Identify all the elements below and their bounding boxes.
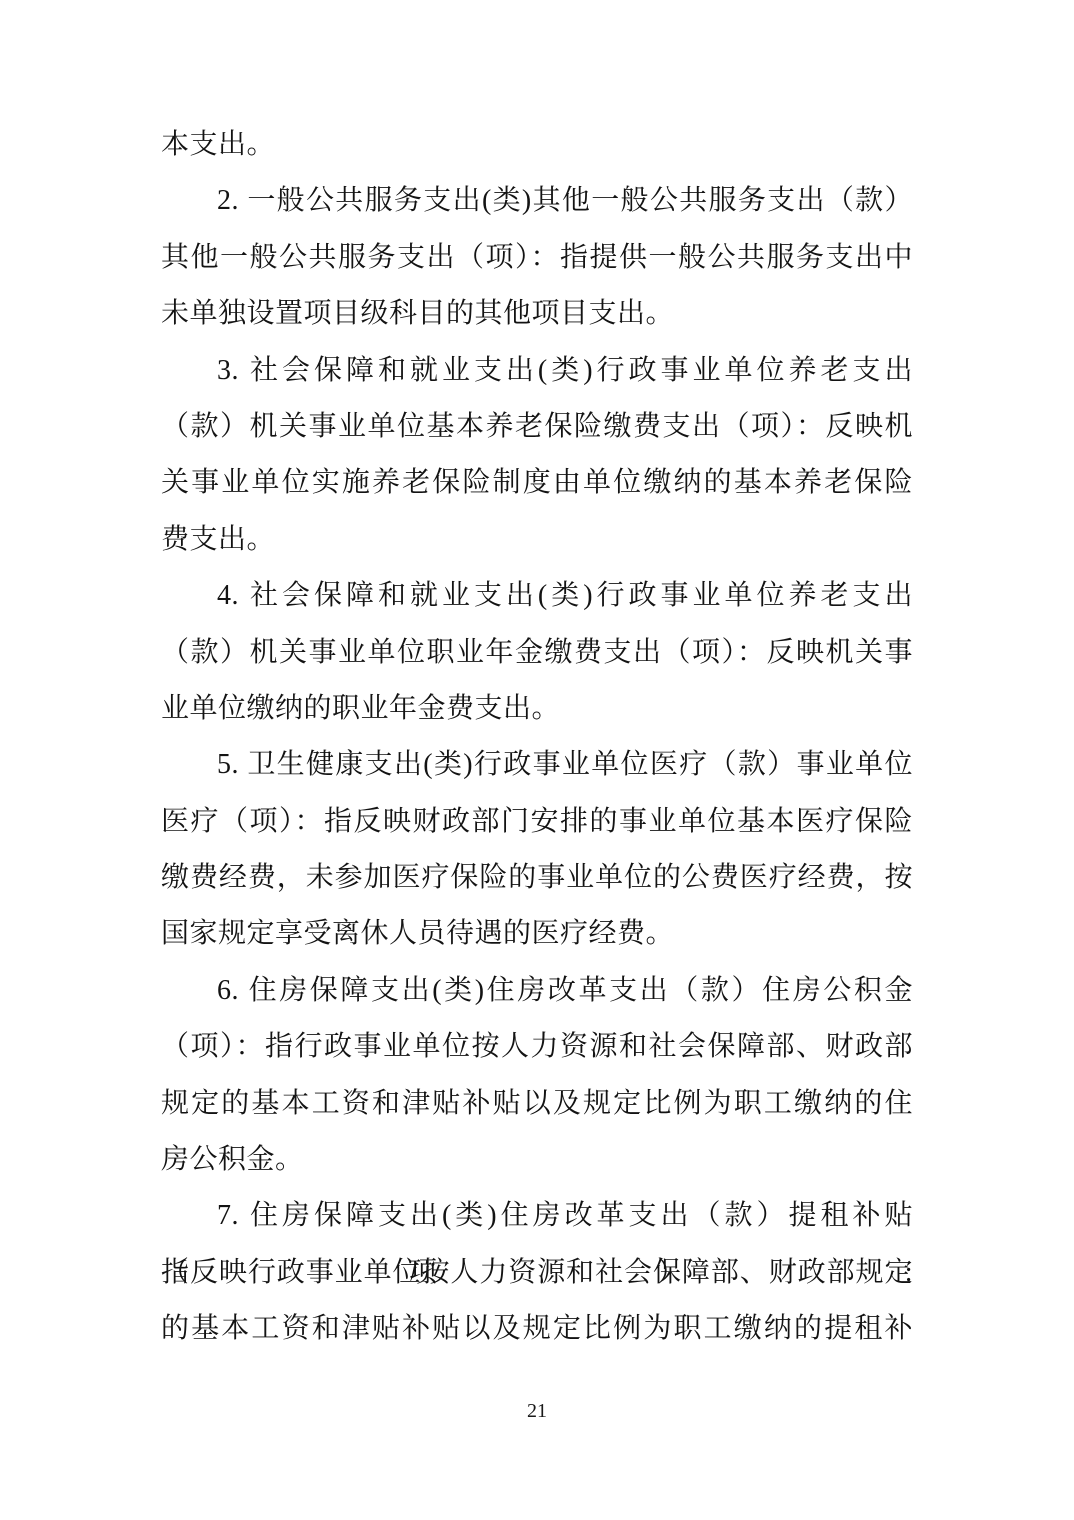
- text-line: 5. 卫生健康支出(类)行政事业单位医疗（款）事业单位: [161, 737, 913, 793]
- text-line: 缴费经费，未参加医疗保险的事业单位的公费医疗经费，按: [161, 850, 913, 906]
- text-line: 医疗（项）：指反映财政部门安排的事业单位基本医疗保险: [161, 794, 913, 850]
- text-line: （款）机关事业单位基本养老保险缴费支出（项）：反映机: [161, 399, 913, 455]
- text-line: 指反映行政事业单位按人力资源和社会保障部、财政部规定: [161, 1245, 913, 1301]
- text-line: 业单位缴纳的职业年金费支出。: [161, 681, 913, 737]
- text-line: （款）机关事业单位职业年金缴费支出（项）：反映机关事: [161, 625, 913, 681]
- text-line: 其他一般公共服务支出（项）：指提供一般公共服务支出中: [161, 230, 913, 286]
- text-line: 4. 社会保障和就业支出(类)行政事业单位养老支出: [161, 568, 913, 624]
- text-line: 本支出。: [161, 117, 913, 173]
- document-page: 本支出。 2. 一般公共服务支出(类)其他一般公共服务支出（款） 其他一般公共服…: [0, 0, 1074, 1520]
- text-line: 6. 住房保障支出(类)住房改革支出（款）住房公积金: [161, 963, 913, 1019]
- text-line: 费支出。: [161, 512, 913, 568]
- text-line: （项）：指行政事业单位按人力资源和社会保障部、财政部: [161, 1019, 913, 1075]
- text-line: 3. 社会保障和就业支出(类)行政事业单位养老支出: [161, 343, 913, 399]
- text-line: 关事业单位实施养老保险制度由单位缴纳的基本养老保险: [161, 455, 913, 511]
- text-line: 房公积金。: [161, 1132, 913, 1188]
- page-number: 21: [0, 1398, 1074, 1424]
- text-line: 2. 一般公共服务支出(类)其他一般公共服务支出（款）: [161, 173, 913, 229]
- text-line: 规定的基本工资和津贴补贴以及规定比例为职工缴纳的住: [161, 1076, 913, 1132]
- text-line: 的基本工资和津贴补贴以及规定比例为职工缴纳的提租补: [161, 1301, 913, 1357]
- text-line: 未单独设置项目级科目的其他项目支出。: [161, 286, 913, 342]
- text-line: 国家规定享受离休人员待遇的医疗经费。: [161, 906, 913, 962]
- text-block: 本支出。 2. 一般公共服务支出(类)其他一般公共服务支出（款） 其他一般公共服…: [161, 117, 913, 1358]
- text-line: 7. 住房保障支出(类)住房改革支出（款）提租补贴（项）:: [161, 1188, 913, 1244]
